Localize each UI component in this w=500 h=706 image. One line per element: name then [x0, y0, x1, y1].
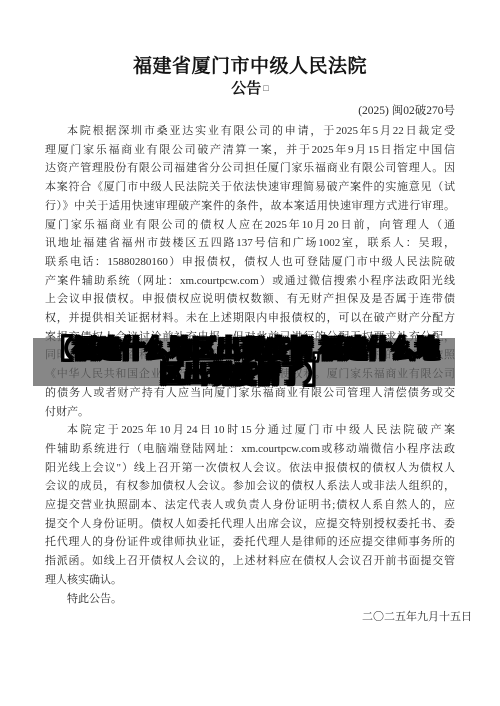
announcement-page: 福建省厦门市中级人民法院 公告□ (2025) 闽02破270号 本院根据深圳市… [0, 0, 500, 706]
closing-phrase: 特此公告。 [45, 590, 455, 609]
doc-type-label: 公告 [231, 81, 261, 97]
body-line: 会议的成员，有权参加债权人会议。参加会议的债权人系法人或非法人组织的， [45, 477, 455, 496]
body-line: 讯地址福建省福州市鼓楼区五四路137号信和广场1002室，联系人：吴瑕， [45, 234, 455, 253]
overlay-banner-line2: 区出现疫情了】 [160, 362, 328, 387]
paragraph: 本院定于2025年10月24日10时15分通过厦门市中级人民法院破产案件辅助系统… [45, 421, 455, 589]
body-line: 达资产管理股份有限公司福建省分公司担任厦门家乐福商业有限公司管理人。因 [45, 159, 455, 178]
body-line: 权，并提供相关证据材料。未在上述期限内申报债权的，可以在破产财产分配方 [45, 309, 455, 328]
body-line: 联系电话：15880280160）申报债权，债权人也可登陆厦门市中级人民法院破 [45, 253, 455, 272]
missing-glyph-box: □ [263, 79, 268, 98]
body-line: 指派函。如线上召开债权人会议的，上述材料应在债权人会议召开前书面提交管 [45, 552, 455, 571]
case-number: (2025) 闽02破270号 [45, 104, 455, 118]
overlay-banner: 【福建什么地区出现疫情,福建什么地 区出现疫情了】 [33, 338, 455, 386]
body-line: 本院定于2025年10月24日10时15分通过厦门市中级人民法院破产案 [45, 421, 455, 440]
body-line: 产案件辅助系统（网址：xm.courtpcw.com）或通过微信搜索小程序法政阳… [45, 272, 455, 291]
body-line: 应提交营业执照副本、法定代表人或负责人身份证明书;债权人系自然人的，应 [45, 496, 455, 515]
body-line: 提交个人身份证明。债权人如委托代理人出席会议，应提交特别授权委托书、委 [45, 515, 455, 534]
doc-type-heading: 公告□ [0, 79, 500, 99]
body-line: 理人核实确认。 [45, 571, 455, 590]
body-line: 厦门家乐福商业有限公司的债权人应在2025年10月20日前，向管理人（通 [45, 216, 455, 235]
body-line: 件辅助系统进行（电脑端登陆网址：xm.courtpcw.com或移动端微信小程序… [45, 440, 455, 459]
body-line: 上会议申报债权。申报债权应说明债权数额、有无财产担保及是否属于连带债 [45, 290, 455, 309]
issue-date: 二〇二五年九月十五日 [45, 608, 472, 627]
body-line: 付财产。 [45, 403, 455, 422]
body-line: 本院根据深圳市桑亚达实业有限公司的申请，于2025年5月22日裁定受 [45, 122, 455, 141]
body-line: 本案符合《厦门市中级人民法院关于依法快速审理简易破产案件的实施意见（试 [45, 178, 455, 197]
body-line: 托代理人的身份证件或律师执业证，委托代理人是律师的还应提交律师事务所的 [45, 533, 455, 552]
body-line: 理厦门家乐福商业有限公司破产清算一案，并于2025年9月15日指定中国信 [45, 141, 455, 160]
body-line: 行）》中关于适用快速审理破产案件的条件，故本案适用快速审理方式进行审理。 [45, 197, 455, 216]
body-line: 阳光线上会议"）线上召开第一次债权人会议。依法申报债权的债权人为债权人 [45, 459, 455, 478]
court-title: 福建省厦门市中级人民法院 [0, 55, 500, 78]
overlay-banner-line1: 【福建什么地区出现疫情,福建什么地 [49, 337, 440, 362]
